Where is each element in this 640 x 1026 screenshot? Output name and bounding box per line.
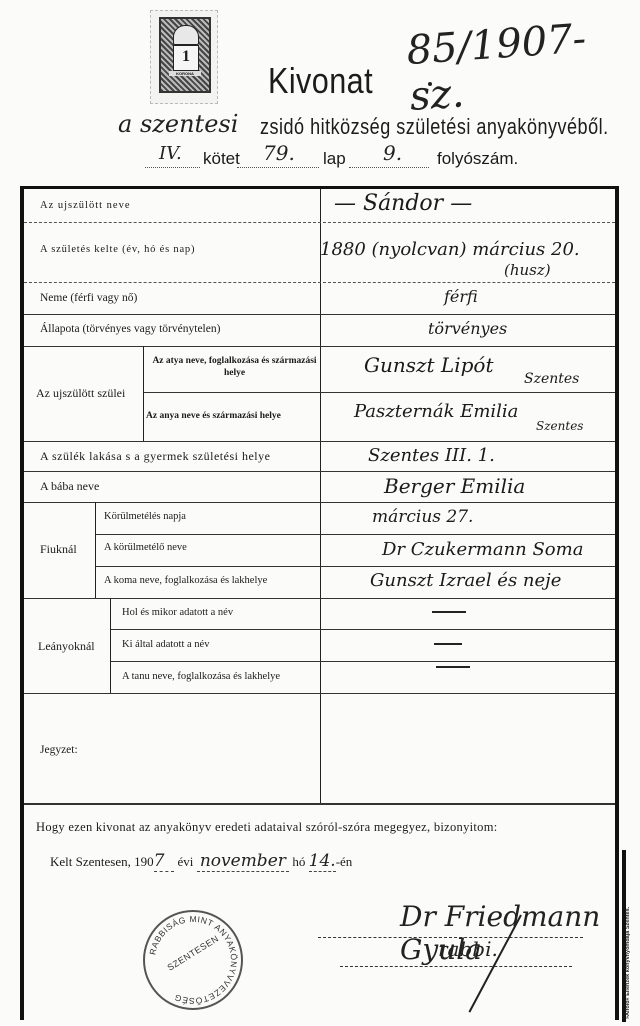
volume-label: kötet <box>203 149 240 169</box>
label-boys-group: Fiuknál <box>40 542 77 557</box>
label-named-by: Ki által adatott a név <box>122 639 209 650</box>
issued-day-suffix: -én <box>336 854 353 869</box>
value-circumciser: Dr Czukermann Soma <box>382 539 583 560</box>
serial-value: 9. <box>383 141 402 165</box>
seal-ring-text: RABBISÁG MINT ANYAKÖNYVVEZETŐSÉG <box>145 912 241 1008</box>
certification-text: Hogy ezen kivonat az anyakönyv eredeti a… <box>36 820 498 835</box>
value-sex: férfi <box>444 287 478 306</box>
ink-dot <box>428 82 432 86</box>
serial-label: folyószám. <box>437 149 518 169</box>
empty-mark <box>432 611 466 613</box>
signature: Dr Friedmann Gyula <box>400 900 640 966</box>
label-girls-group: Leányoknál <box>38 639 95 654</box>
value-father: Gunszt Lipót <box>364 353 494 377</box>
label-residence: A szülék lakása s a gyermek születési he… <box>40 449 270 464</box>
subtitle: zsidó hitközség születési anyakönyvéből. <box>260 114 609 140</box>
issued-place: Kelt Szentesen, 190 <box>50 854 154 869</box>
official-seal: RABBISÁG MINT ANYAKÖNYVVEZETŐSÉG SZENTES… <box>143 910 243 1010</box>
value-godfather: Gunszt Izrael és neje <box>370 570 561 591</box>
value-residence: Szentes III. 1. <box>368 445 495 466</box>
label-circumciser: A körülmetélő neve <box>104 542 187 553</box>
label-mother: Az anya neve és származási helye <box>146 411 281 421</box>
value-father-origin: Szentes <box>524 371 579 387</box>
issued-year-suffix: évi <box>177 854 193 869</box>
label-parents-group: Az ujszülött szülei <box>36 386 125 401</box>
issued-line: Kelt Szentesen, 1907 évi november hó 14.… <box>50 851 352 872</box>
label-godfather: A koma neve, foglalkozása és lakhelye <box>104 575 267 586</box>
label-circumcision-date: Körülmetélés napja <box>104 511 186 522</box>
value-legitimacy: törvényes <box>428 319 507 338</box>
community-name: a szentesi <box>118 110 238 138</box>
issued-day: 14. <box>309 851 336 871</box>
stamp-value: 1 <box>173 45 199 71</box>
page-value: 79. <box>263 141 295 165</box>
value-newborn-name: — Sándor — <box>334 191 472 216</box>
empty-mark <box>436 666 470 668</box>
signer-title: rabbi. <box>438 937 498 961</box>
label-birth-date: A születés kelte (év, hó és nap) <box>40 244 195 255</box>
title-line <box>340 966 572 967</box>
document-title: Kivonat <box>268 60 373 102</box>
label-father: Az atya neve, foglalkozása és származási… <box>152 355 317 379</box>
subtitle-line: a szentesi zsidó hitközség születési any… <box>118 110 638 144</box>
value-birth-date-words: (husz) <box>504 261 551 279</box>
printer-imprint: »Alföld« Ellenzék könyvnyomdája Szentes. <box>622 850 636 1022</box>
issued-month: november <box>200 851 286 871</box>
register-reference-line: IV. kötet 79. lap 9. folyószám. <box>145 143 505 173</box>
label-sex: Neme (férfi vagy nő) <box>40 292 137 304</box>
label-newborn-name: Az ujszülött neve <box>40 200 130 211</box>
label-naming-place: Hol és mikor adatott a név <box>122 607 233 618</box>
stamp-unit: KORONA <box>169 71 201 76</box>
empty-mark <box>434 643 462 645</box>
reference-number: 85/1907-sz. <box>405 12 640 120</box>
value-mother-origin: Szentes <box>536 419 583 433</box>
printer-text: »Alföld« Ellenzék könyvnyomdája Szentes. <box>625 847 631 1019</box>
page-label: lap <box>323 149 346 169</box>
svg-text:RABBISÁG MINT ANYAKÖNYVVEZETŐS: RABBISÁG MINT ANYAKÖNYVVEZETŐSÉG <box>147 914 239 1006</box>
value-midwife: Berger Emilia <box>384 474 525 498</box>
crown-icon <box>173 25 199 45</box>
label-legitimacy: Állapota (törvényes vagy törvénytelen) <box>40 323 220 335</box>
value-circumcision-date: március 27. <box>372 507 473 527</box>
label-midwife: A bába neve <box>40 479 99 494</box>
label-notes: Jegyzet: <box>40 744 78 756</box>
revenue-stamp: 1 KORONA <box>150 10 218 104</box>
register-extract-table: Az ujszülött neve — Sándor — A születés … <box>20 186 619 1020</box>
issued-month-suffix: hó <box>292 854 305 869</box>
value-birth-date: 1880 (nyolcvan) március 20. <box>320 239 580 260</box>
value-mother: Paszternák Emilia <box>354 401 518 422</box>
label-witness: A tanu neve, foglalkozása és lakhelye <box>122 671 280 682</box>
volume-value: IV. <box>159 143 182 164</box>
issued-year-digit: 7 <box>154 851 165 871</box>
